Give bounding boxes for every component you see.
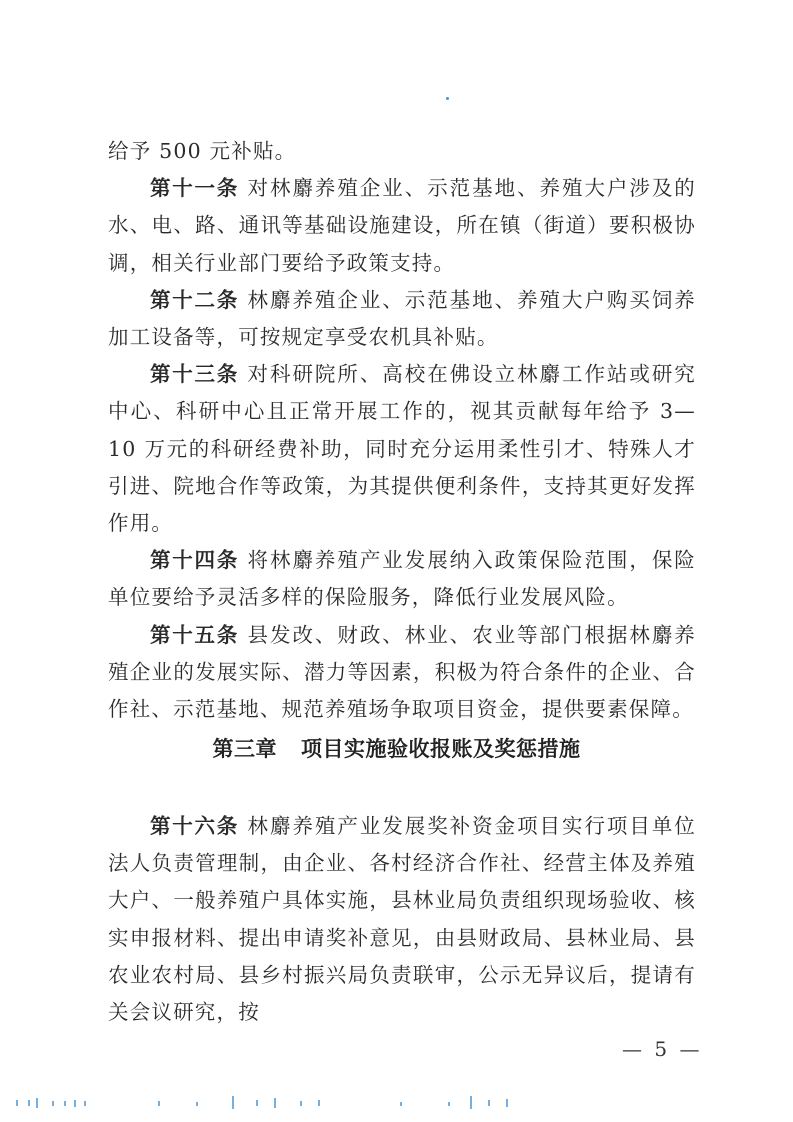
scan-artifact-strip: [0, 1096, 793, 1110]
document-page: 给予 500 元补贴。 第十一条 对林麝养殖企业、示范基地、养殖大户涉及的水、电…: [0, 0, 793, 1122]
article-text: 对科研院所、高校在佛设立林麝工作站或研究中心、科研中心且正常开展工作的，视其贡献…: [108, 362, 696, 535]
paragraph-continuation: 给予 500 元补贴。: [108, 133, 696, 170]
chapter-title: 项目实施验收报账及奖惩措施: [301, 737, 581, 761]
chapter-heading: 第三章项目实施验收报账及奖惩措施: [0, 733, 793, 763]
page-number: — 5 —: [622, 1037, 702, 1061]
scan-mark: [446, 97, 449, 100]
article-15: 第十五条 县发改、财政、林业、农业等部门根据林麝养殖企业的发展实际、潜力等因素，…: [108, 617, 696, 729]
article-text: 林麝养殖产业发展奖补资金项目实行项目单位法人负责管理制，由企业、各村经济合作社、…: [108, 814, 696, 1024]
article-16: 第十六条 林麝养殖产业发展奖补资金项目实行项目单位法人负责管理制，由企业、各村经…: [108, 808, 696, 1031]
article-label: 第十四条: [150, 548, 239, 572]
article-label: 第十一条: [150, 176, 239, 200]
article-label: 第十六条: [150, 814, 239, 838]
article-label: 第十二条: [150, 288, 239, 312]
article-label: 第十五条: [150, 623, 239, 647]
section-articles-11-15: 给予 500 元补贴。 第十一条 对林麝养殖企业、示范基地、养殖大户涉及的水、电…: [108, 133, 696, 728]
article-11: 第十一条 对林麝养殖企业、示范基地、养殖大户涉及的水、电、路、通讯等基础设施建设…: [108, 170, 696, 282]
article-14: 第十四条 将林麝养殖产业发展纳入政策保险范围，保险单位要给予灵活多样的保险服务，…: [108, 542, 696, 616]
chapter-number: 第三章: [213, 737, 278, 761]
paragraph-text: 给予 500 元补贴。: [108, 139, 296, 163]
article-12: 第十二条 林麝养殖企业、示范基地、养殖大户购买饲养加工设备等，可按规定享受农机具…: [108, 282, 696, 356]
section-article-16: 第十六条 林麝养殖产业发展奖补资金项目实行项目单位法人负责管理制，由企业、各村经…: [108, 808, 696, 1031]
article-label: 第十三条: [150, 362, 239, 386]
article-13: 第十三条 对科研院所、高校在佛设立林麝工作站或研究中心、科研中心且正常开展工作的…: [108, 356, 696, 542]
